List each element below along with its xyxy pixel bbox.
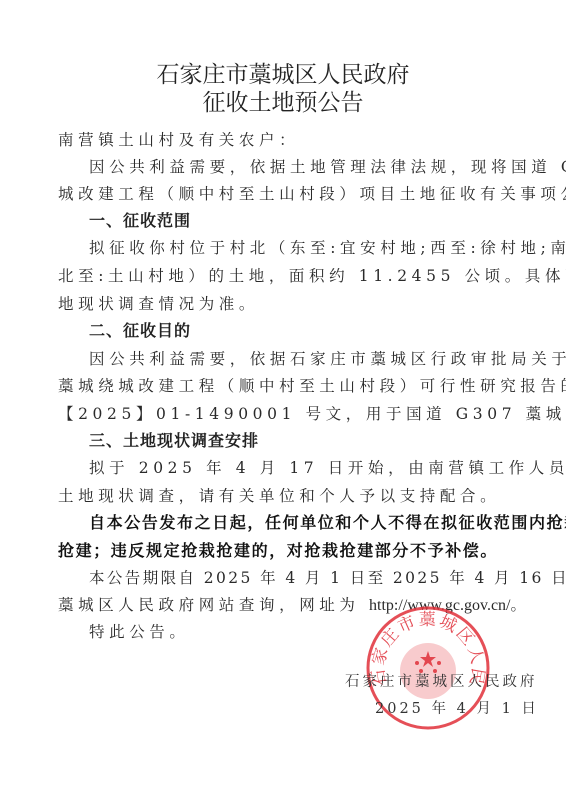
section1-heading: 一、征收范围 xyxy=(89,211,549,231)
salutation: 南营镇土山村及有关农户： xyxy=(58,130,518,150)
section2-line-2: 藁城绕城改建工程（顺中村至土山村段）可行性研究报告的批复 xyxy=(58,376,518,396)
period-line-1: 本公告期限自 2025 年 4 月 1 日至 2025 年 4 月 16 日。本… xyxy=(89,568,549,588)
section2-line-1: 因公共利益需要，依据石家庄市藁城区行政审批局关于国道 G307 xyxy=(89,349,549,369)
section1-line-3: 地现状调查情况为准。 xyxy=(58,294,518,314)
document-title-line2: 征收土地预公告 xyxy=(0,84,566,117)
section3-line-2: 土地现状调查，请有关单位和个人予以支持配合。 xyxy=(58,486,518,506)
section3-line-1: 拟于 2025 年 4 月 17 日开始，由南营镇工作人员赴你村组织开展 xyxy=(89,458,549,478)
signature-org: 石家庄市藁城区人民政府 xyxy=(345,670,538,691)
period-line-2-prefix: 藁城区人民政府网站查询，网址为 xyxy=(58,596,369,614)
signature-date: 2025 年 4 月 1 日 xyxy=(375,697,539,718)
warning-line-1: 自本公告发布之日起，任何单位和个人不得在拟征收范围内抢栽 xyxy=(89,513,549,533)
intro-line-1: 因公共利益需要，依据土地管理法律法规，现将国道 G307 藁城绕 xyxy=(89,157,549,177)
warning-line-2: 抢建；违反规定抢栽抢建的，对抢栽抢建部分不予补偿。 xyxy=(58,541,518,561)
period-line-2-suffix: 。 xyxy=(511,596,531,614)
section1-line-1: 拟征收你村位于村北（东至:宜安村地;西至:徐村地;南至:土山村地; xyxy=(89,238,549,258)
intro-line-2: 城改建工程（顺中村至土山村段）项目土地征收有关事项公告如下： xyxy=(58,184,518,204)
section1-line-2: 北至:土山村地）的土地，面积约 11.2455 公顷。具体面积和地类以土 xyxy=(58,266,518,286)
section2-heading: 二、征收目的 xyxy=(89,321,549,341)
section3-heading: 三、土地现状调查安排 xyxy=(89,431,549,451)
section2-line-3: 【2025】01-1490001 号文，用于国道 G307 藁城绕城改建工程建设… xyxy=(58,404,518,424)
